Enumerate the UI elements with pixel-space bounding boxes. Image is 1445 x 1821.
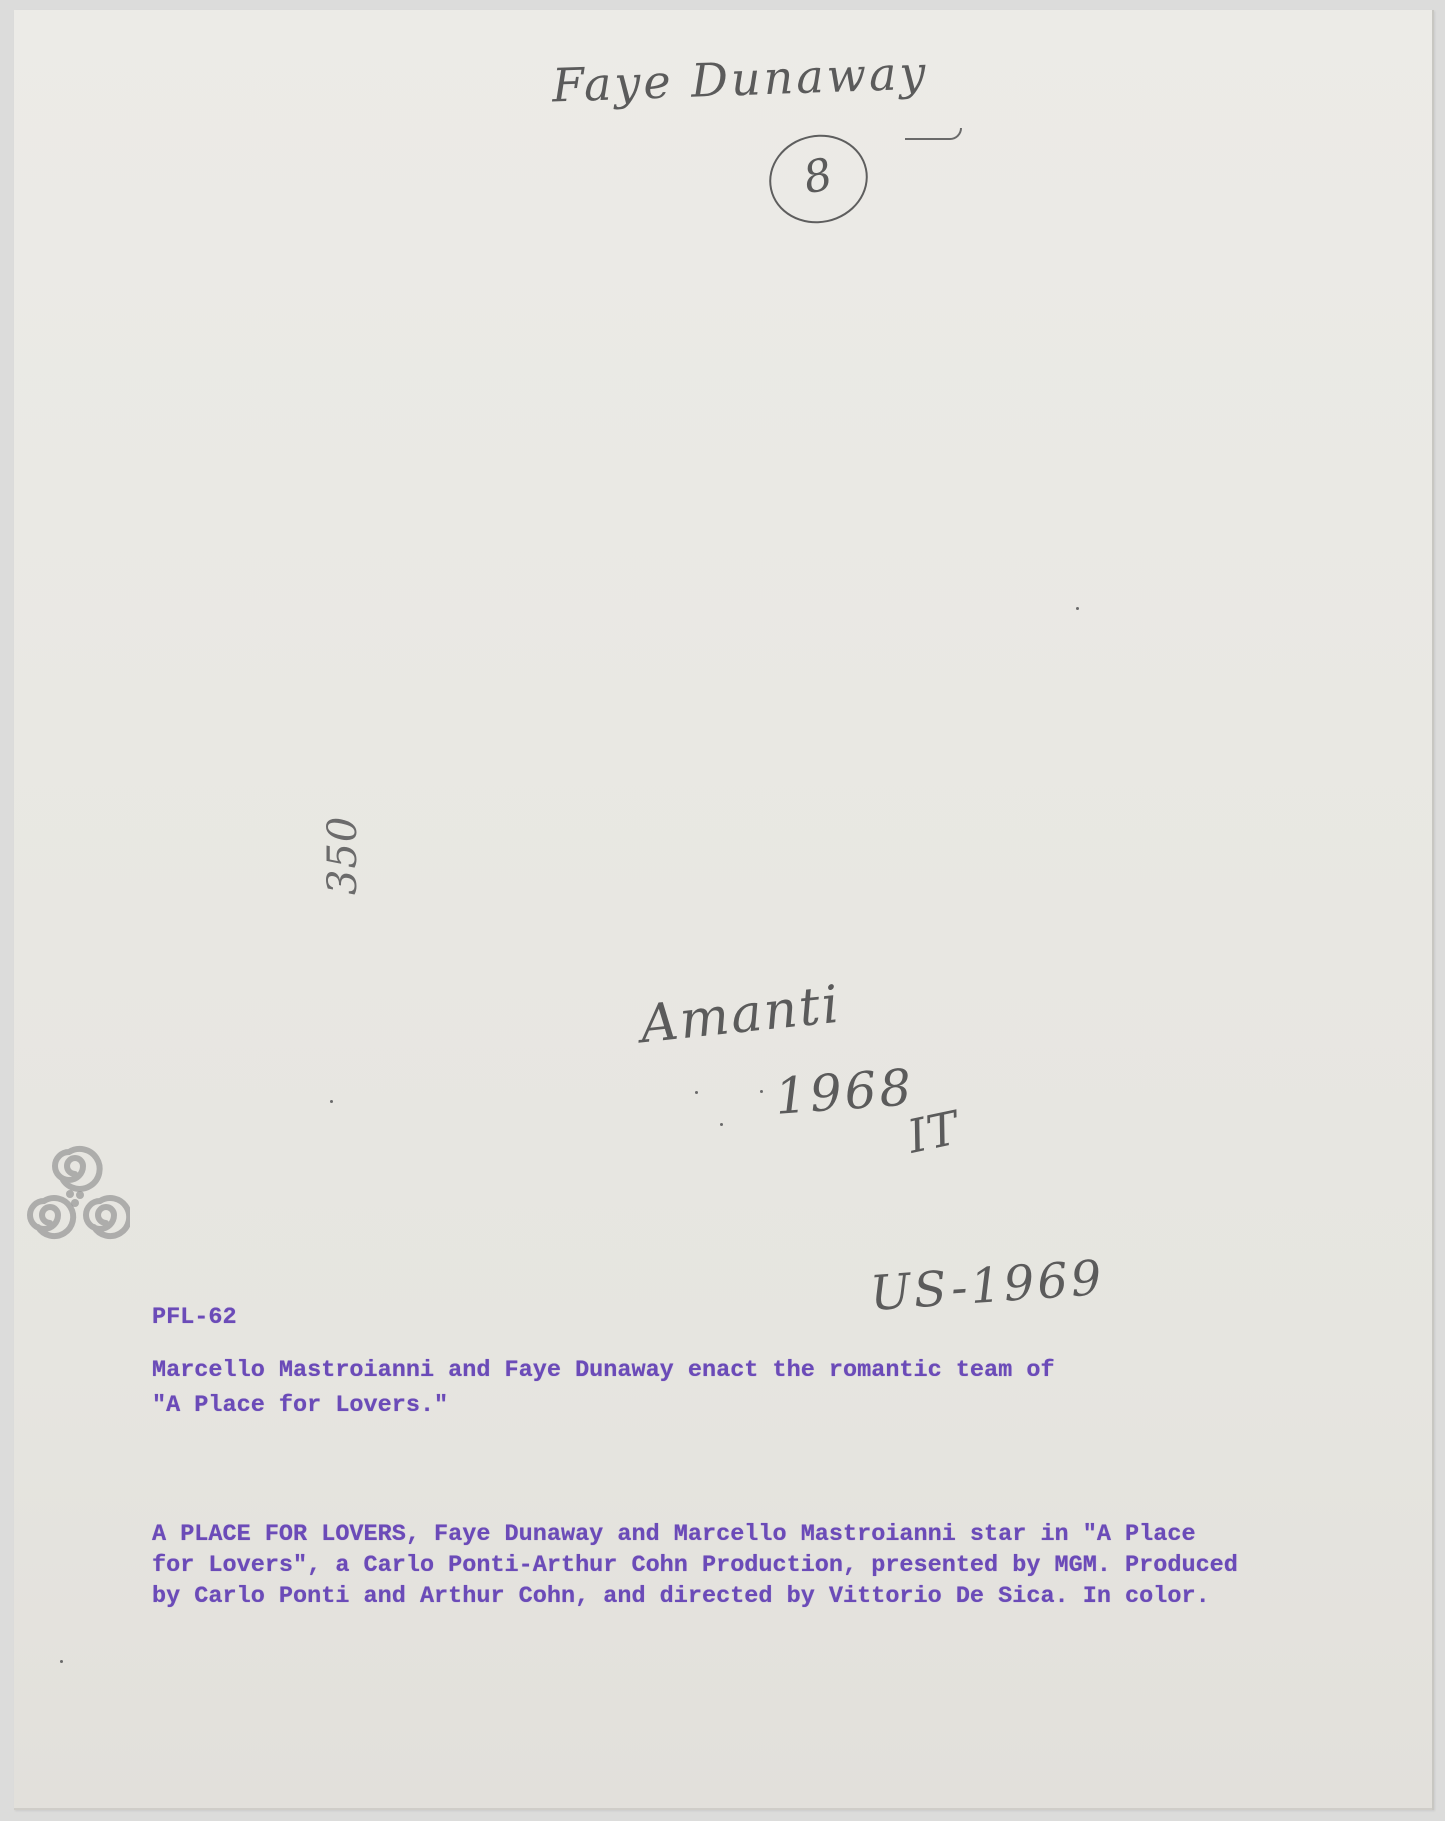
reference-code: PFL-62 (152, 1300, 237, 1335)
paper-speck (720, 1123, 723, 1126)
caption-long-line-1: A PLACE FOR LOVERS, Faye Dunaway and Mar… (152, 1521, 1196, 1548)
paper-speck (330, 1100, 333, 1103)
circled-mark-text: 8 (766, 142, 870, 212)
paper-speck (760, 1090, 763, 1093)
paper-speck (1076, 607, 1079, 610)
handwritten-underline (905, 128, 962, 140)
paper-speck (695, 1091, 698, 1094)
caption-short-line-1: Marcello Mastroianni and Faye Dunaway en… (152, 1357, 1055, 1384)
caption-long-line-3: by Carlo Ponti and Arthur Cohn, and dire… (152, 1583, 1210, 1610)
triple-spiral-stamp-icon (20, 1140, 130, 1245)
handwritten-side-number: 350 (320, 816, 366, 895)
caption-short-line-2: "A Place for Lovers." (152, 1392, 448, 1419)
caption-short: Marcello Mastroianni and Faye Dunaway en… (152, 1353, 1055, 1423)
caption-long-line-2: for Lovers", a Carlo Ponti-Arthur Cohn P… (152, 1552, 1238, 1579)
handwritten-country-code: IT (903, 1100, 964, 1163)
handwritten-italian-year: 1968 (773, 1058, 916, 1126)
caption-long: A PLACE FOR LOVERS, Faye Dunaway and Mar… (152, 1519, 1238, 1612)
paper-speck (60, 1660, 63, 1663)
